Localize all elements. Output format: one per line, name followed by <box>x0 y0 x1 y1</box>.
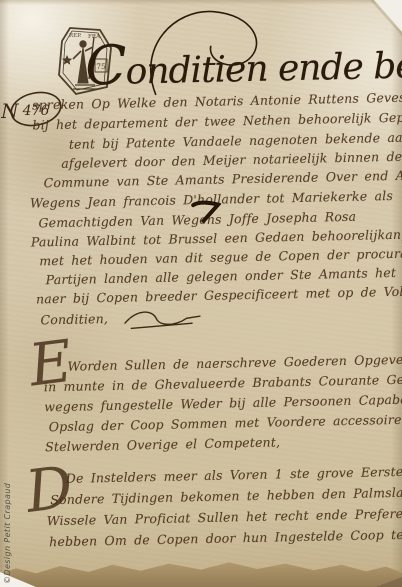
manuscript-line: Wissele Van Proficiat Sullen het recht e… <box>47 505 402 528</box>
document-scan: REP. FRA. 75 N 476 Conditien ende be= <box>0 0 402 587</box>
page-title: Conditien ende be= <box>85 27 402 98</box>
paragraph-flourish <box>122 310 202 332</box>
manuscript-line: wegens fungestelle Weder bij alle Persoo… <box>44 390 402 414</box>
manuscript-line: Sondere Tijdingen bekomen te hebben den … <box>50 484 402 507</box>
manuscript-line: hebben Om de Copen door hun Ingestelde C… <box>49 526 402 549</box>
manuscript-line: Worden Sullen de naerschreve Goederen Op… <box>67 350 402 374</box>
bottom-right-corner <box>376 577 402 587</box>
manuscript-line: Commune van Ste Amants Presiderende Over… <box>43 167 402 190</box>
manuscript-line: naer bij Copen breeder Gespecificeert me… <box>36 283 402 307</box>
manuscript-line: bij het departement der twee Nethen beho… <box>32 108 402 132</box>
designer-watermark: ©Design Petit Crapaud <box>3 483 12 584</box>
manuscript-line: tent bij Patente Vandaele nagenoten beke… <box>69 129 402 152</box>
insertion-mark <box>191 199 222 226</box>
manuscript-line: Stelwerden Overige el Competent, <box>45 434 280 454</box>
page-corner-fold <box>374 0 402 32</box>
manuscript-line: afgelevert door den Meijer notarieelijk … <box>61 149 402 171</box>
manuscript-text-block: Conditien ende be= spreken Op Welke den … <box>0 0 402 587</box>
manuscript-line: Partijen landen alle gelegen onder Ste A… <box>46 265 397 287</box>
manuscript-line: De Instelders meer als Voren 1 ste grove… <box>66 462 402 486</box>
manuscript-line: Conditien, <box>40 311 108 327</box>
